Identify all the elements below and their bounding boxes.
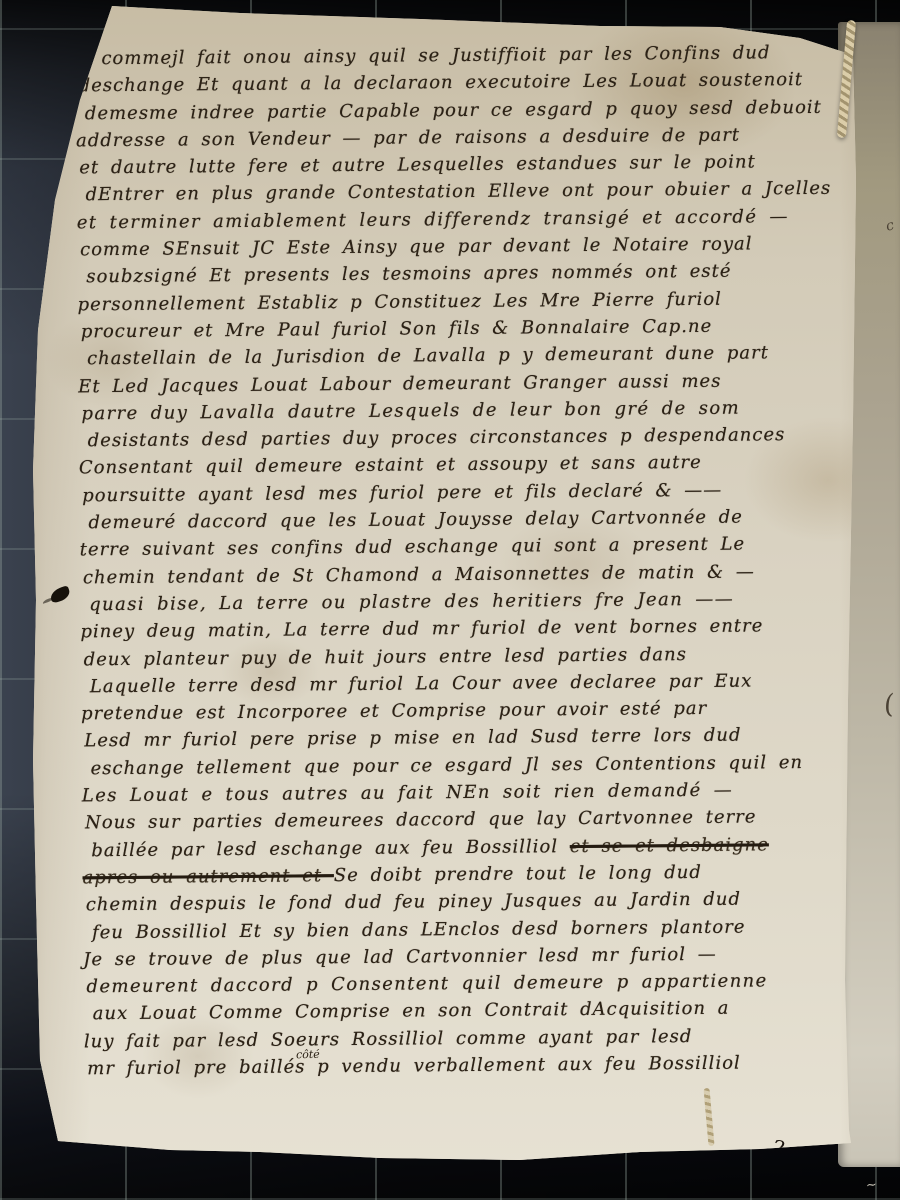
- manuscript-page: commejl fait onou ainsy quil se Justiffi…: [0, 0, 900, 1200]
- ink-strikethrough: et se et desbaigne: [570, 834, 769, 857]
- photo-of-manuscript: c ( commejl fait onou ainsy quil se Just…: [0, 0, 900, 1200]
- manuscript-lines: commejl fait onou ainsy quil se Justiffi…: [75, 39, 852, 1131]
- ink-mark: (: [882, 689, 896, 720]
- margin-ink-blot: [48, 585, 71, 604]
- interlinear-note: côté: [296, 1048, 320, 1061]
- ink-mark: c: [884, 217, 895, 234]
- manuscript-text-line: mr furiol pre baillés p vendu verballeme…: [87, 1049, 852, 1083]
- ink-strikethrough: apres ou autrement et: [82, 865, 333, 888]
- ink-mark: ~: [865, 1177, 877, 1193]
